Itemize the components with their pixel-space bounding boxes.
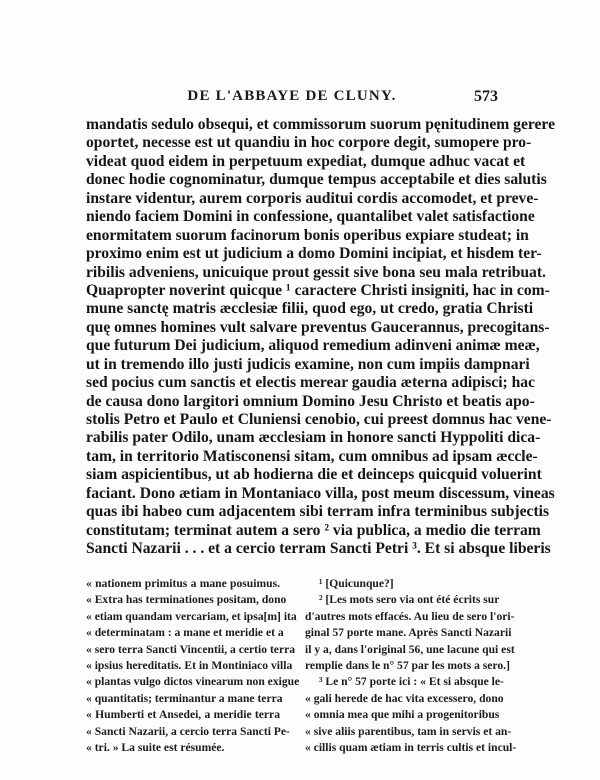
text-line: tam, in territorio Matisconensi sitam, c… <box>86 448 498 466</box>
footnotes: « nationem primitus a mane posuimus. « E… <box>86 576 498 726</box>
text-line: quę omnes homines vult salvare preventus… <box>86 319 498 337</box>
text-line: siam aspicientibus, ut ab hodierna die e… <box>86 466 498 484</box>
footnote-line: « omnia mea que mihi a progenitoribus <box>305 707 498 723</box>
text-line: ribilis adveniens, unicuique prout gessi… <box>86 264 498 282</box>
text-line: proximo enim est ut judicium a domo Domi… <box>86 245 498 263</box>
footnote-line: « quantitatis; terminantur a mane terra <box>86 691 280 707</box>
text-line: Sancti Nazarii . . . et a cercio terram … <box>86 540 498 558</box>
footnote-line: « Sancti Nazarii, a cercio terra Sancti … <box>86 724 280 740</box>
text-line: ut in tremendo illo justi judicis examin… <box>86 356 498 374</box>
text-line: niendo faciem Domini in confessione, qua… <box>86 208 498 226</box>
text-line: donec hodie cognominatur, dumque tempus … <box>86 171 498 189</box>
text-line: enormitatem suorum facinorum bonis operi… <box>86 227 498 245</box>
footnote-line: « sive aliis parentibus, tam in servis e… <box>305 724 498 740</box>
text-line: sed pocius cum sanctis et electis merear… <box>86 374 498 392</box>
main-text-block: mandatis sedulo obsequi, et commissorum … <box>86 116 498 559</box>
text-line: faciant. Dono ætiam in Montaniaco villa,… <box>86 485 498 503</box>
footnote-line: « gali herede de hac vita excessero, don… <box>305 691 498 707</box>
text-line: que futurum Dei judicium, aliquod remedi… <box>86 337 498 355</box>
footnote-line: « ipsius hereditatis. Et in Montiniaco v… <box>86 658 280 674</box>
running-header: DE L'ABBAYE DE CLUNY. 573 <box>86 88 498 108</box>
footnote-line: il y a, dans l'original 56, une lacune q… <box>305 642 498 658</box>
footnote-line: « cillis quam ætiam in terris cultis et … <box>305 740 498 756</box>
text-line: quas ibi habeo cum adjacentem sibi terra… <box>86 503 498 521</box>
footnote-3: ³ Le n° 57 porte ici : « Et si absque le… <box>305 674 498 690</box>
footnote-line: remplie dans le n° 57 par les mots a ser… <box>305 658 498 674</box>
text-line: rabilis pater Odilo, unam æcclesiam in h… <box>86 429 498 447</box>
footnote-line: « sero terra Sancti Vincentii, a certio … <box>86 642 280 658</box>
footnote-line: « plantas vulgo dictos vinearum non exig… <box>86 674 280 690</box>
footnote-line: « Humberti et Ansedei, a meridie terra <box>86 707 280 723</box>
footnote-line: ginal 57 porte mane. Après Sancti Nazari… <box>305 625 498 641</box>
footnote-line: « nationem primitus a mane posuimus. <box>86 576 280 592</box>
footnote-2: ² [Les mots sero via ont été écrits sur <box>305 592 498 608</box>
footnote-column-right: ¹ [Quicunque?] ² [Les mots sero via ont … <box>305 576 498 756</box>
footnote-line: « Extra has terminationes positam, dono <box>86 592 280 608</box>
text-line: oportet, necesse est ut quandiu in hoc c… <box>86 134 498 152</box>
footnote-line: d'autres mots effacés. Au lieu de sero l… <box>305 609 498 625</box>
text-line: instare videntur, aurem corporis auditui… <box>86 190 498 208</box>
text-line: mandatis sedulo obsequi, et commissorum … <box>86 116 498 134</box>
text-line: de causa dono largitori omnium Domino Je… <box>86 393 498 411</box>
footnote-column-left: « nationem primitus a mane posuimus. « E… <box>86 576 280 756</box>
footnote-line: « tri. » La suite est résumée. <box>86 740 280 756</box>
footnote-line: « determinatam : a mane et meridie et a <box>86 625 280 641</box>
text-line: stolis Petro et Paulo et Cluniensi cenob… <box>86 411 498 429</box>
text-line: constitutam; terminat autem a sero ² via… <box>86 522 498 540</box>
footnote-line: « etiam quandam vercariam, et ipsa[m] it… <box>86 609 280 625</box>
document-page: DE L'ABBAYE DE CLUNY. 573 mandatis sedul… <box>0 0 600 780</box>
footnote-1: ¹ [Quicunque?] <box>305 576 498 592</box>
text-line: mune sanctę matris æcclesiæ filii, quod … <box>86 300 498 318</box>
running-title: DE L'ABBAYE DE CLUNY. <box>86 88 498 105</box>
text-line: videat quod eidem in perpetuum expediat,… <box>86 153 498 171</box>
text-line: Quapropter noverint quicque ¹ caractere … <box>86 282 498 300</box>
page-number: 573 <box>474 88 498 106</box>
